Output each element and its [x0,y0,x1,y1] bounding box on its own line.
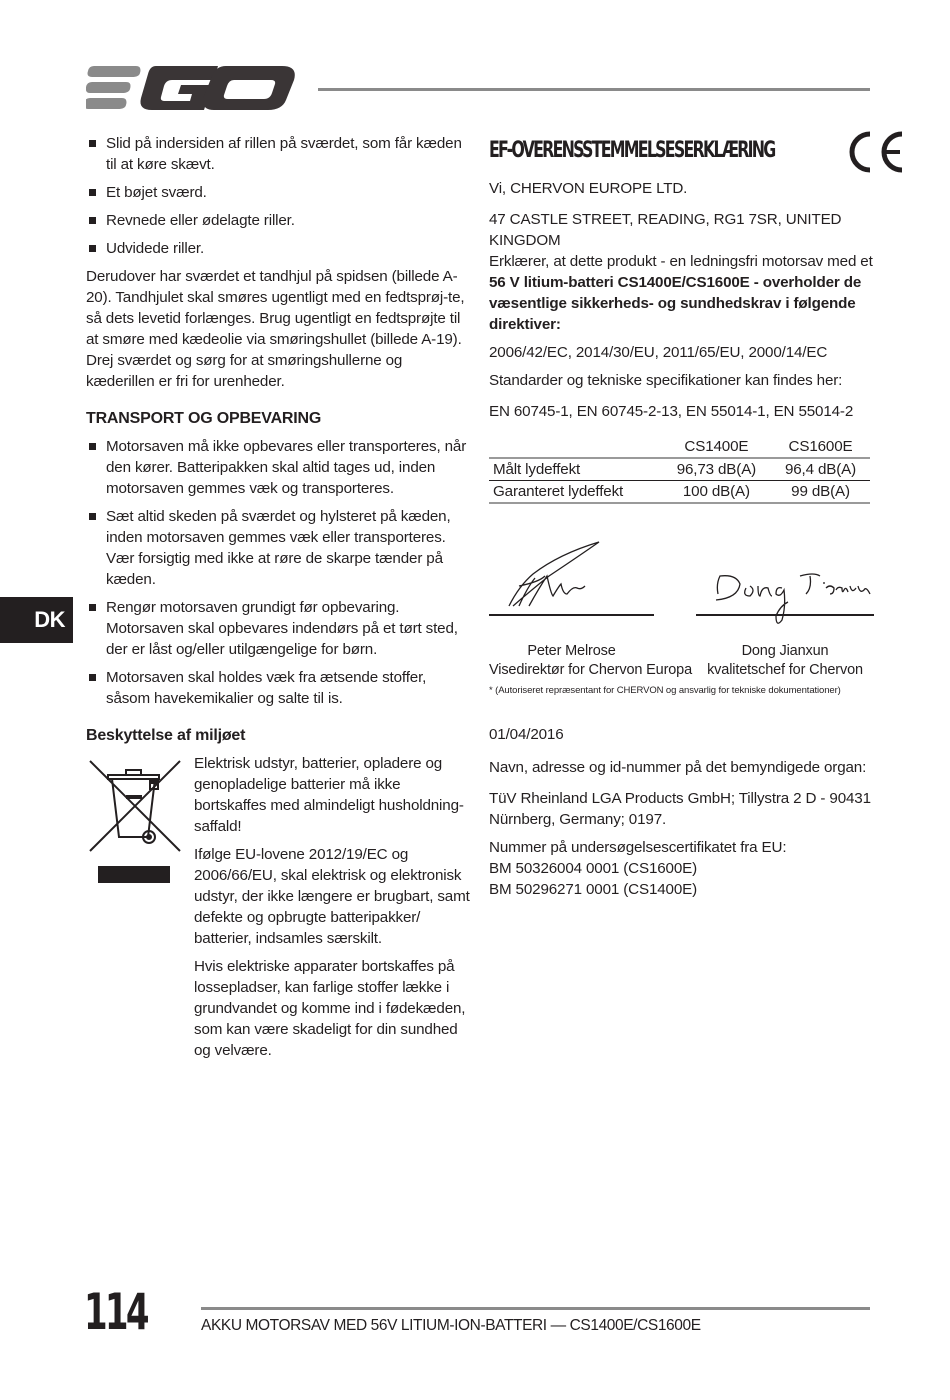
list-item: Rengør motorsaven grundigt før opbevarin… [86,597,471,660]
environment-paragraph: Hvis elektriske apparater bortskaffes på… [194,956,471,1061]
table-cell: 100 dB(A) [662,481,771,504]
signatory-name: Dong Jianxun [696,642,874,661]
signature-area: Peter Melrose Visedirektør for Chervon E… [489,552,874,680]
signature-dong-jianxun-icon [696,552,874,616]
company-address: 47 CASTLE STREET, READING, RG1 7SR, UNIT… [489,209,874,251]
declaration-plain: Erklærer, at dette produkt - en lednings… [489,253,873,270]
declaration-date: 01/04/2016 [489,724,874,745]
table-header-cell [489,436,662,458]
signatory-role: kvalitetschef for Chervon [696,661,874,680]
language-tab: DK [0,597,73,643]
environment-heading: Beskyttelse af miljøet [86,725,471,746]
footer-title: AKKU MOTORSAV MED 56V LITIUM-ION-BATTERI… [201,1317,701,1335]
list-item: Udvidede riller. [86,238,471,259]
intro-paragraph: Derudover har sværdet et tandhjul på spi… [86,266,471,392]
certificate-label: Nummer på undersøgelsescertifikatet fra … [489,837,874,858]
right-column: EF-OVERENSSTEMMELSESERKLÆRING Vi, CHERVO… [489,130,874,900]
certificate-number: BM 50296271 0001 (CS1400E) [489,879,874,900]
transport-bullet-list: Motorsaven må ikke opbevares eller trans… [86,436,471,709]
page-number: 114 [84,1282,147,1342]
table-header-cell: CS1400E [662,436,771,458]
declaration-statement: Erklærer, at dette produkt - en lednings… [489,251,874,335]
list-item: Slid på indersiden af rillen på sværdet,… [86,133,471,175]
notified-body: TüV Rheinland LGA Products GmbH; Tillyst… [489,788,874,830]
environment-text: Elektrisk udstyr, batterier, opladere og… [194,753,471,1068]
signature-block: Dong Jianxun kvalitetschef for Chervon [696,552,874,680]
footnote: * (Autoriseret repræsentant for CHERVON … [489,684,874,698]
signature-peter-melrose-icon [489,552,654,616]
list-item: Sæt altid skeden på sværdet og hylsteret… [86,506,471,590]
company-name: Vi, CHERVON EUROPE LTD. [489,178,874,199]
header-rule [318,88,870,91]
ego-logo [86,64,298,112]
table-cell: 99 dB(A) [771,481,870,504]
environment-paragraph: Elektrisk udstyr, batterier, opladere og… [194,753,471,837]
environment-section: Elektrisk udstyr, batterier, opladere og… [86,753,471,1068]
certificate-number: BM 50326004 0001 (CS1600E) [489,858,874,879]
list-item: Revnede eller ødelagte riller. [86,210,471,231]
table-header-row: CS1400E CS1600E [489,436,870,458]
table-row: Målt lydeffekt 96,73 dB(A) 96,4 dB(A) [489,458,870,481]
table-row: Garanteret lydeffekt 100 dB(A) 99 dB(A) [489,481,870,504]
table-cell: Målt lydeffekt [489,458,662,481]
declaration-bold: 56 V litium-batteri CS1400E/CS1600E - ov… [489,274,861,333]
list-item: Motorsaven skal holdes væk fra ætsende s… [86,667,471,709]
list-item: Et bøjet sværd. [86,182,471,203]
ce-mark-icon [846,130,906,170]
noise-table: CS1400E CS1600E Målt lydeffekt 96,73 dB(… [489,436,870,504]
signature-block: Peter Melrose Visedirektør for Chervon E… [489,552,654,680]
language-tab-label: DK [34,607,65,633]
declaration-title-row: EF-OVERENSSTEMMELSESERKLÆRING [489,130,874,170]
standards-label: Standarder og tekniske specifikationer k… [489,370,874,391]
signatory-name: Peter Melrose [489,642,654,661]
table-cell: 96,4 dB(A) [771,458,870,481]
weee-crossed-out-bin-icon [86,753,194,1068]
standards: EN 60745-1, EN 60745-2-13, EN 55014-1, E… [489,401,874,422]
left-column: Slid på indersiden af rillen på sværdet,… [86,133,471,1068]
intro-bullet-list: Slid på indersiden af rillen på sværdet,… [86,133,471,259]
declaration-title: EF-OVERENSSTEMMELSESERKLÆRING [489,140,775,161]
signatory-role: Visedirektør for Chervon Europa [489,661,654,680]
table-cell: Garanteret lydeffekt [489,481,662,504]
directives: 2006/42/EC, 2014/30/EU, 2011/65/EU, 2000… [489,342,874,363]
table-cell: 96,73 dB(A) [662,458,771,481]
transport-heading: TRANSPORT OG OPBEVARING [86,408,471,429]
table-header-cell: CS1600E [771,436,870,458]
list-item: Motorsaven må ikke opbevares eller trans… [86,436,471,499]
footer-rule [201,1307,870,1310]
notified-body-label: Navn, adresse og id-nummer på det bemynd… [489,757,874,778]
environment-paragraph: Ifølge EU-lovene 2012/19/EC og 2006/66/E… [194,844,471,949]
